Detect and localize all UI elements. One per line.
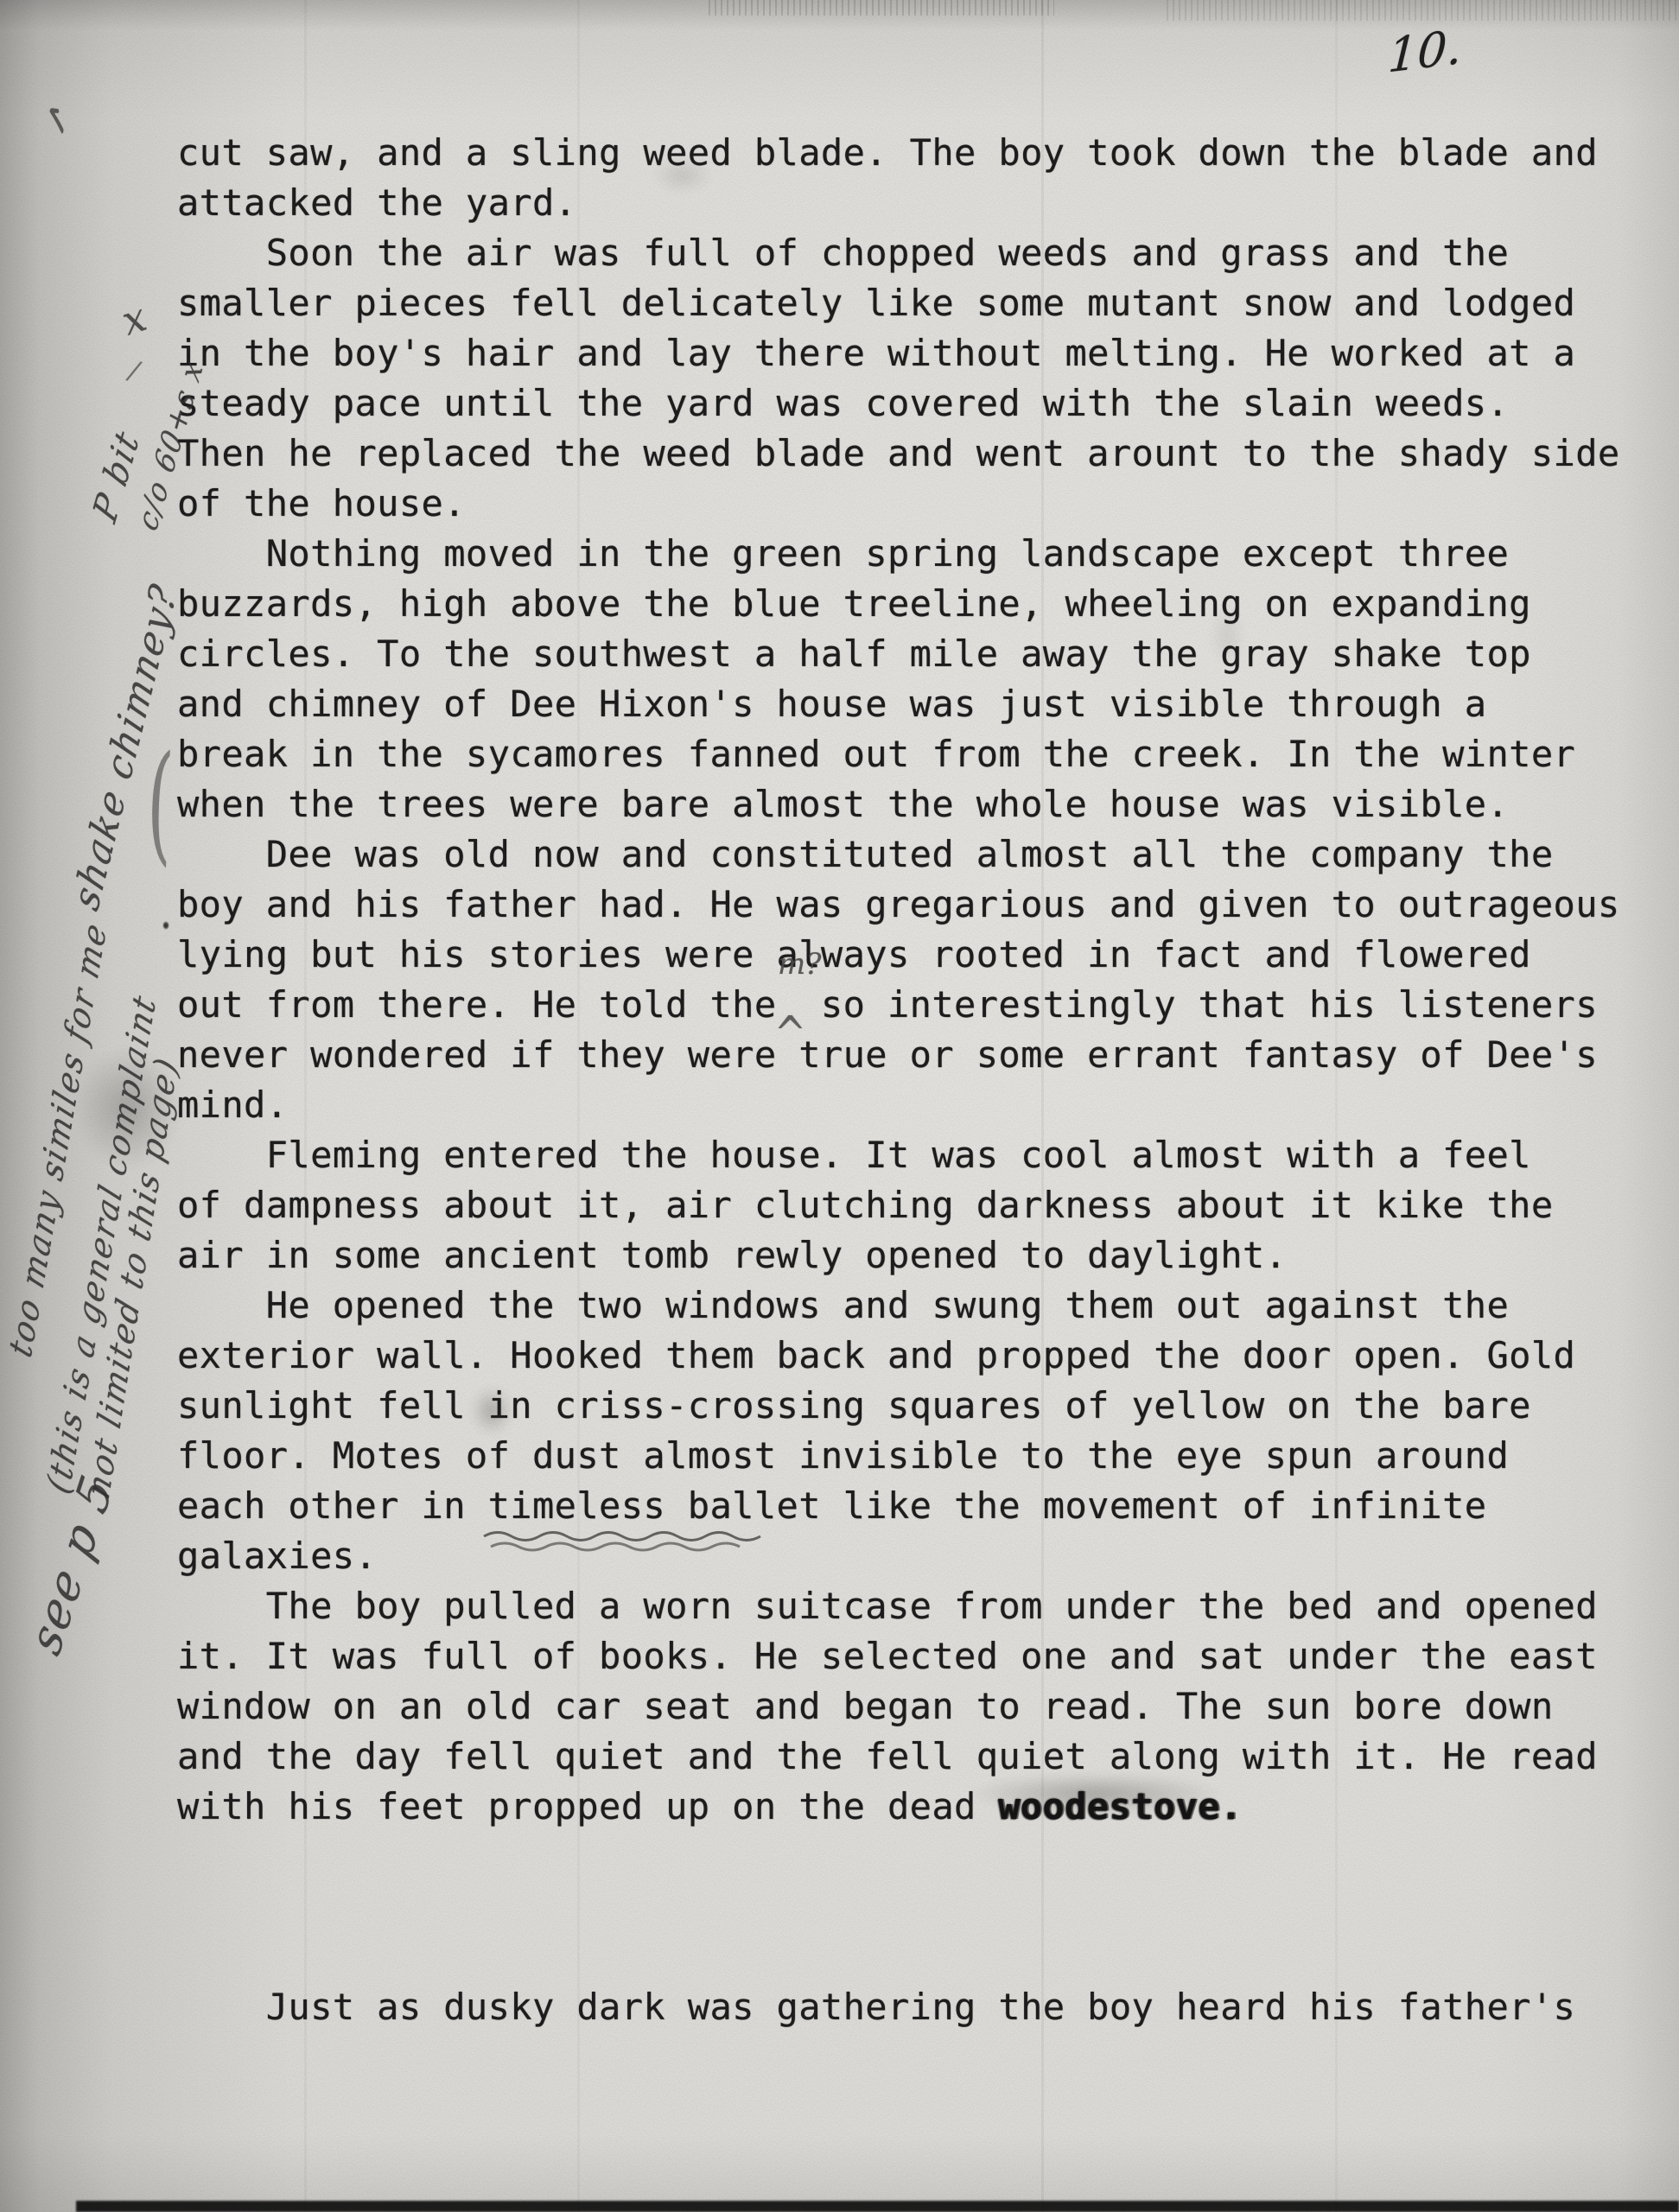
typescript-line [177, 1832, 1663, 1882]
margin-note-shake-chimney: shake chimney? [65, 577, 186, 917]
typescript-line: and the day fell quiet and the fell quie… [177, 1732, 1663, 1782]
typescript-line: with his feet propped up on the dead woo… [177, 1782, 1663, 1832]
typescript-line: of the house. [177, 479, 1663, 529]
typescript-line: Nothing moved in the green spring landsc… [177, 529, 1663, 579]
corner-check-mark: ✓ [29, 95, 85, 145]
scan-edge-stripes [709, 0, 1054, 16]
typescript-line: exterior wall. Hooked them back and prop… [177, 1331, 1663, 1381]
margin-note-see-p5: see p 5 [19, 1465, 124, 1663]
typescript-line: smaller pieces fell delicately like some… [177, 278, 1663, 328]
page-number: 10. [1387, 19, 1464, 83]
margin-note-similes: (this is a general complaint [40, 988, 163, 1499]
margin-dot-mark [162, 921, 169, 930]
typescript-line: never wondered if they were true or some… [177, 1030, 1663, 1080]
typescript-line: of dampness about it, air clutching dark… [177, 1180, 1663, 1230]
margin-note-line: P bit [86, 423, 147, 529]
typescript-line: lying but his stories were always rooted… [177, 930, 1663, 980]
typescript-line: attacked the yard. [177, 178, 1663, 228]
typescript-line: buzzards, high above the blue treeline, … [177, 579, 1663, 629]
typescript-line: cut saw, and a sling weed blade. The boy… [177, 128, 1663, 178]
typescript-line: He opened the two windows and swung them… [177, 1281, 1663, 1331]
typescript-line: galaxies. [177, 1531, 1663, 1581]
manuscript-page: 10. cut saw, and a sling weed blade. The… [0, 0, 1679, 2212]
pencil-smudge [73, 1046, 181, 1171]
typescript-line: sunlight fell in criss-crossing squares … [177, 1381, 1663, 1431]
overstruck-word: woodestove. [998, 1782, 1243, 1832]
typescript-line [177, 1882, 1663, 1932]
scan-edge-stripes [1167, 0, 1679, 21]
typescript-line [177, 1932, 1663, 1982]
margin-curve-stroke: ( [145, 726, 175, 880]
typescript-line: Then he replaced the weed blade and went… [177, 429, 1663, 479]
typescript-block: cut saw, and a sling weed blade. The boy… [177, 128, 1663, 2032]
typescript-line: each other in timeless ballet like the m… [177, 1481, 1663, 1531]
typescript-line: Soon the air was full of chopped weeds a… [177, 228, 1663, 278]
scan-black-bar [76, 2201, 1679, 2212]
margin-small-stroke: / [126, 355, 141, 386]
margin-note-similes: not limited to this page) [79, 1052, 185, 1503]
typescript-line: Fleming entered the house. It was cool a… [177, 1130, 1663, 1180]
typescript-line: boy and his father had. He was gregariou… [177, 880, 1663, 930]
typescript-line: window on an old car seat and began to r… [177, 1681, 1663, 1732]
typescript-line: and chimney of Dee Hixon's house was jus… [177, 679, 1663, 729]
typescript-line: circles. To the southwest a half mile aw… [177, 629, 1663, 679]
typescript-line: break in the sycamores fanned out from t… [177, 729, 1663, 779]
typescript-line: floor. Motes of dust almost invisible to… [177, 1431, 1663, 1481]
typescript-line: out from there. He told the so interesti… [177, 980, 1663, 1030]
typescript-line: Dee was old now and constituted almost a… [177, 829, 1663, 880]
typescript-line: steady pace until the yard was covered w… [177, 378, 1663, 429]
typescript-line: The boy pulled a worn suitcase from unde… [177, 1581, 1663, 1631]
typescript-line: mind. [177, 1080, 1663, 1130]
typescript-line: air in some ancient tomb rewly opened to… [177, 1230, 1663, 1281]
margin-note-similes: too many similes for me [2, 916, 114, 1363]
typescript-line: in the boy's hair and lay there without … [177, 328, 1663, 378]
typescript-line: when the trees were bare almost the whol… [177, 779, 1663, 829]
margin-x-tick: x [116, 293, 151, 344]
typescript-line: it. It was full of books. He selected on… [177, 1631, 1663, 1681]
typescript-line: Just as dusky dark was gathering the boy… [177, 1982, 1663, 2032]
